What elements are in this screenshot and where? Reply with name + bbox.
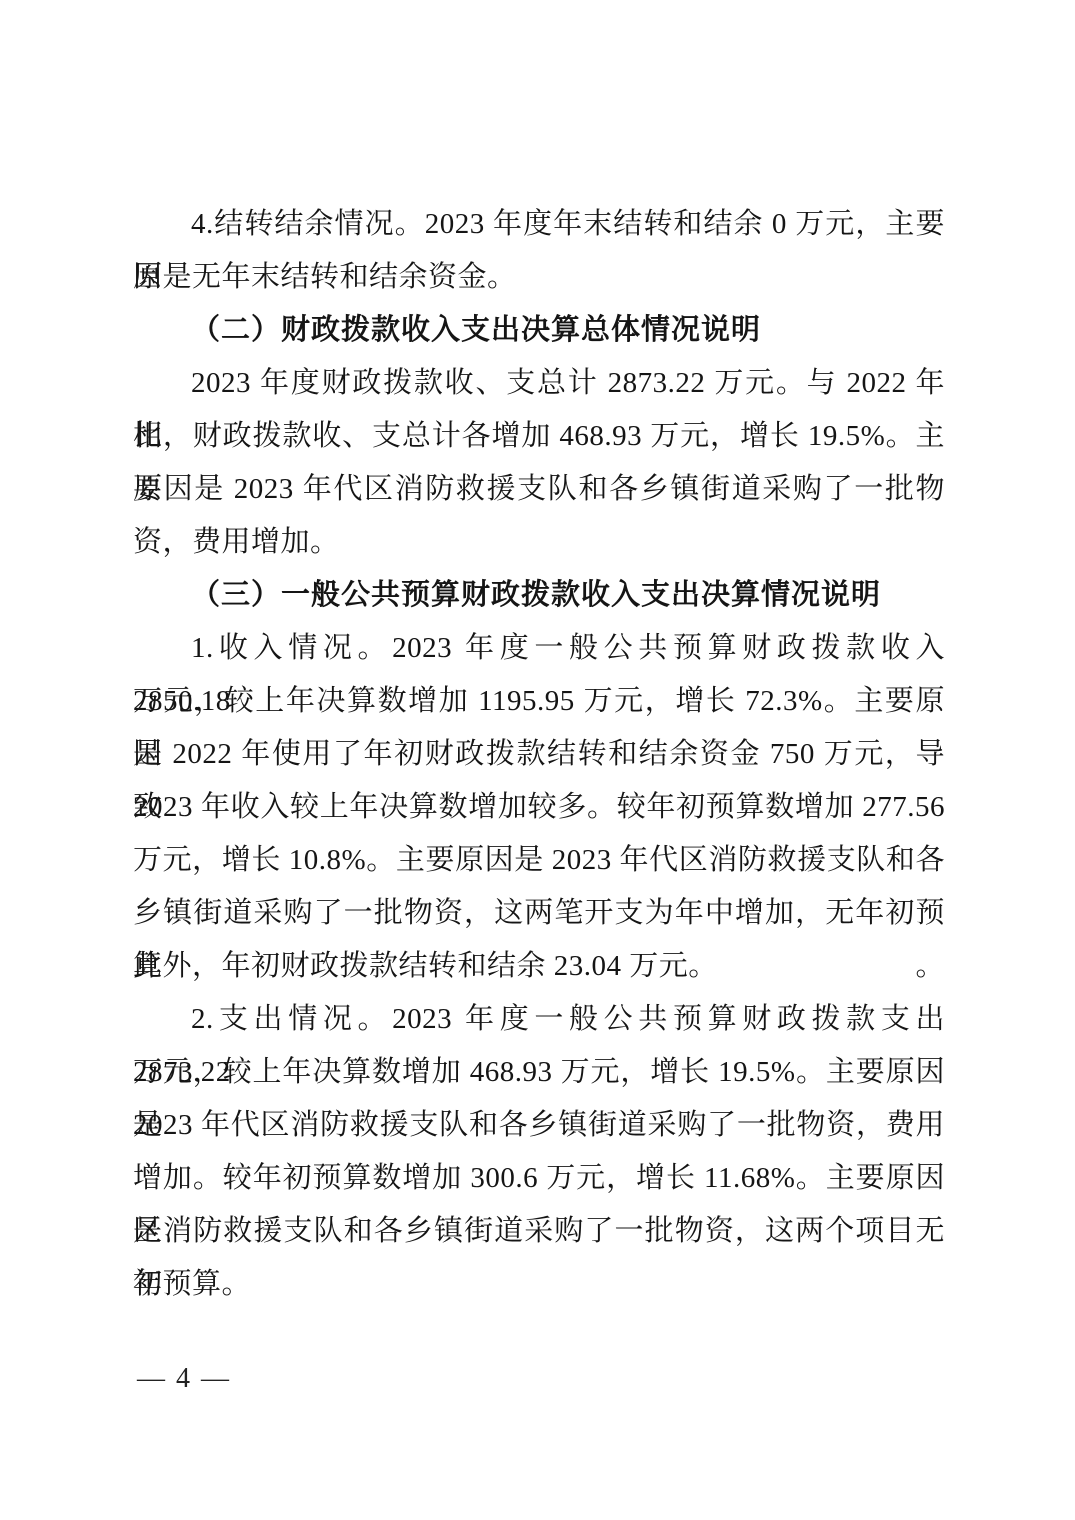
text-line: 因是无年末结转和结余资金。 [133,251,945,304]
text-line: 区消防救援支队和各乡镇街道采购了一批物资，这两个项目无年 [133,1205,945,1258]
text-line: 2023 年收入较上年决算数增加较多。较年初预算数增加 277.56 [133,781,945,834]
section-heading: （三）一般公共预算财政拨款收入支出决算情况说明 [133,569,945,622]
text-line: 是 2022 年使用了年初财政拨款结转和结余资金 750 万元，导致 [133,728,945,781]
text-line: 原因是 2023 年代区消防救援支队和各乡镇街道采购了一批物 [133,463,945,516]
text-line: 1.收入情况。2023 年度一般公共预算财政拨款收入 2850.18 [133,622,945,675]
text-line: 乡镇街道采购了一批物资，这两笔开支为年中增加，无年初预算。 [133,887,945,940]
text-line: 万元，较上年决算数增加 1195.95 万元，增长 72.3%。主要原因 [133,675,945,728]
text-line: 2.支出情况。2023 年度一般公共预算财政拨款支出 2873.22 [133,993,945,1046]
document-page: 4.结转结余情况。2023 年度年末结转和结余 0 万元，主要原因是无年末结转和… [0,0,1075,1520]
text-line: 2023 年度财政拨款收、支总计 2873.22 万元。与 2022 年相 [133,357,945,410]
text-line: 资，费用增加。 [133,516,945,569]
page-number: — 4 — [137,1362,231,1396]
text-line: 比，财政拨款收、支总计各增加 468.93 万元，增长 19.5%。主要 [133,410,945,463]
document-body: 4.结转结余情况。2023 年度年末结转和结余 0 万元，主要原因是无年末结转和… [133,198,945,1311]
section-heading: （二）财政拨款收入支出决算总体情况说明 [133,304,945,357]
text-line: 万元，增长 10.8%。主要原因是 2023 年代区消防救援支队和各 [133,834,945,887]
text-line: 2023 年代区消防救援支队和各乡镇街道采购了一批物资，费用 [133,1099,945,1152]
text-line: 4.结转结余情况。2023 年度年末结转和结余 0 万元，主要原 [133,198,945,251]
text-line: 初预算。 [133,1258,945,1311]
text-line: 增加。较年初预算数增加 300.6 万元，增长 11.68%。主要原因是 [133,1152,945,1205]
text-line: 万元，较上年决算数增加 468.93 万元，增长 19.5%。主要原因是 [133,1046,945,1099]
